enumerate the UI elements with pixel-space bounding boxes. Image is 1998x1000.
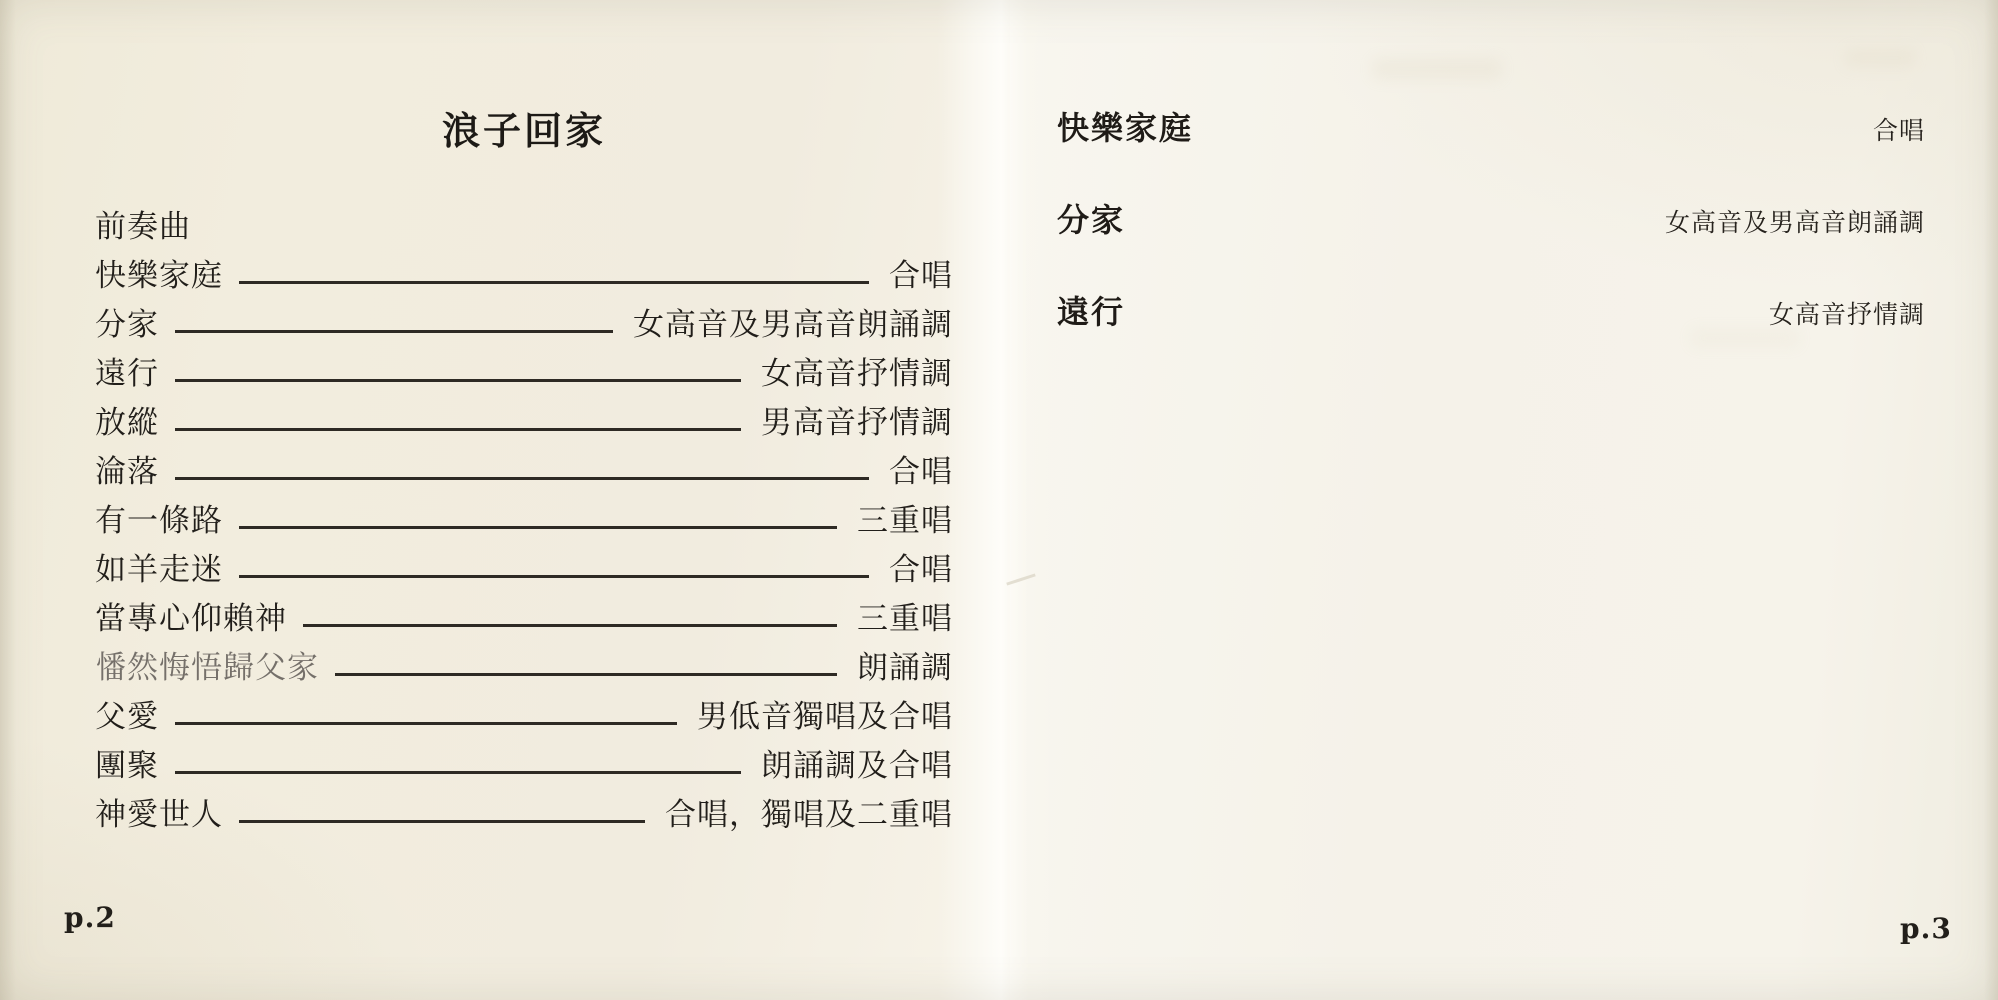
track-row: 如羊走迷 合唱 <box>95 542 953 591</box>
track-leader-line <box>335 673 837 676</box>
section-voice-label: 合唱 <box>1873 111 1925 147</box>
track-leader-line <box>175 379 741 382</box>
scan-edge-right <box>1984 0 1998 1000</box>
section-voice-label: 女高音抒情調 <box>1769 295 1925 331</box>
track-title: 父愛 <box>95 691 159 736</box>
track-leader-line <box>303 624 837 627</box>
track-row: 團聚 朗誦調及合唱 <box>95 738 953 787</box>
track-row: 淪落 合唱 <box>95 444 953 493</box>
track-title: 如羊走迷 <box>95 544 223 589</box>
track-title: 憣然悔悟歸父家 <box>95 642 319 687</box>
track-title: 前奏曲 <box>95 201 191 246</box>
track-voice-label: 朗誦調及合唱 <box>761 740 953 785</box>
page-number-left: p.2 <box>64 901 116 934</box>
track-voice-label: 男低音獨唱及合唱 <box>697 691 953 736</box>
track-leader-line <box>175 771 741 774</box>
track-row: 父愛 男低音獨唱及合唱 <box>95 689 953 738</box>
track-row: 前奏曲 <box>95 199 953 248</box>
track-title: 分家 <box>95 299 159 344</box>
booklet-gutter-fold <box>938 0 1053 1000</box>
track-title: 放縱 <box>95 397 159 442</box>
lyrics-page: 快樂家庭 合唱 分家 女高音及男高音朗誦調 <box>1057 0 1925 339</box>
section-title: 遠行 <box>1057 287 1125 333</box>
section-title: 分家 <box>1057 195 1125 241</box>
track-voice-label: 女高音抒情調 <box>761 348 953 393</box>
track-title: 遠行 <box>95 348 159 393</box>
section-header: 快樂家庭 合唱 <box>1057 103 1925 149</box>
track-row: 分家 女高音及男高音朗誦調 <box>95 297 953 346</box>
track-leader-line <box>175 722 677 725</box>
track-leader-line <box>175 428 741 431</box>
track-title: 團聚 <box>95 740 159 785</box>
lyric-section: 快樂家庭 合唱 <box>1057 103 1925 149</box>
track-leader-line <box>175 477 869 480</box>
track-voice-label: 合唱 <box>889 446 953 491</box>
track-leader-line <box>239 281 869 284</box>
track-voice-label: 女高音及男高音朗誦調 <box>633 299 953 344</box>
track-leader-line <box>239 526 837 529</box>
track-row: 憣然悔悟歸父家 朗誦調 <box>95 640 953 689</box>
track-leader-line <box>239 820 645 823</box>
lyric-section: 分家 女高音及男高音朗誦調 <box>1057 195 1925 241</box>
section-voice-label: 女高音及男高音朗誦調 <box>1665 203 1925 239</box>
section-header: 分家 女高音及男高音朗誦調 <box>1057 195 1925 241</box>
section-header: 遠行 女高音抒情調 <box>1057 287 1925 333</box>
track-leader-line <box>239 575 869 578</box>
track-title: 有一條路 <box>95 495 223 540</box>
track-title: 當專心仰賴神 <box>95 593 287 638</box>
track-row: 有一條路 三重唱 <box>95 493 953 542</box>
track-row: 神愛世人 合唱，獨唱及二重唱 <box>95 787 953 836</box>
track-title: 神愛世人 <box>95 789 223 834</box>
page-number-right: p.3 <box>1900 912 1952 945</box>
track-row: 遠行 女高音抒情調 <box>95 346 953 395</box>
track-voice-label: 男高音抒情調 <box>761 397 953 442</box>
track-row: 放縱 男高音抒情調 <box>95 395 953 444</box>
lyric-section: 遠行 女高音抒情調 <box>1057 287 1925 333</box>
tracklist-page: 浪子回家 前奏曲 快樂家庭 合唱 分家 女高音及男高音朗誦調 遠行 <box>95 0 953 836</box>
track-title: 淪落 <box>95 446 159 491</box>
scan-edge-left <box>0 0 16 1000</box>
booklet-title: 浪子回家 <box>95 100 953 155</box>
track-list: 前奏曲 快樂家庭 合唱 分家 女高音及男高音朗誦調 遠行 女高音抒情調 <box>95 199 953 836</box>
track-voice-label: 合唱 <box>889 250 953 295</box>
track-voice-label: 合唱 <box>889 544 953 589</box>
track-voice-label: 三重唱 <box>857 593 953 638</box>
track-leader-line <box>175 330 613 333</box>
track-voice-label: 朗誦調 <box>857 642 953 687</box>
track-row: 快樂家庭 合唱 <box>95 248 953 297</box>
track-row: 當專心仰賴神 三重唱 <box>95 591 953 640</box>
track-voice-label: 合唱，獨唱及二重唱 <box>665 789 953 834</box>
section-title: 快樂家庭 <box>1057 103 1193 149</box>
track-title: 快樂家庭 <box>95 250 223 295</box>
track-voice-label: 三重唱 <box>857 495 953 540</box>
